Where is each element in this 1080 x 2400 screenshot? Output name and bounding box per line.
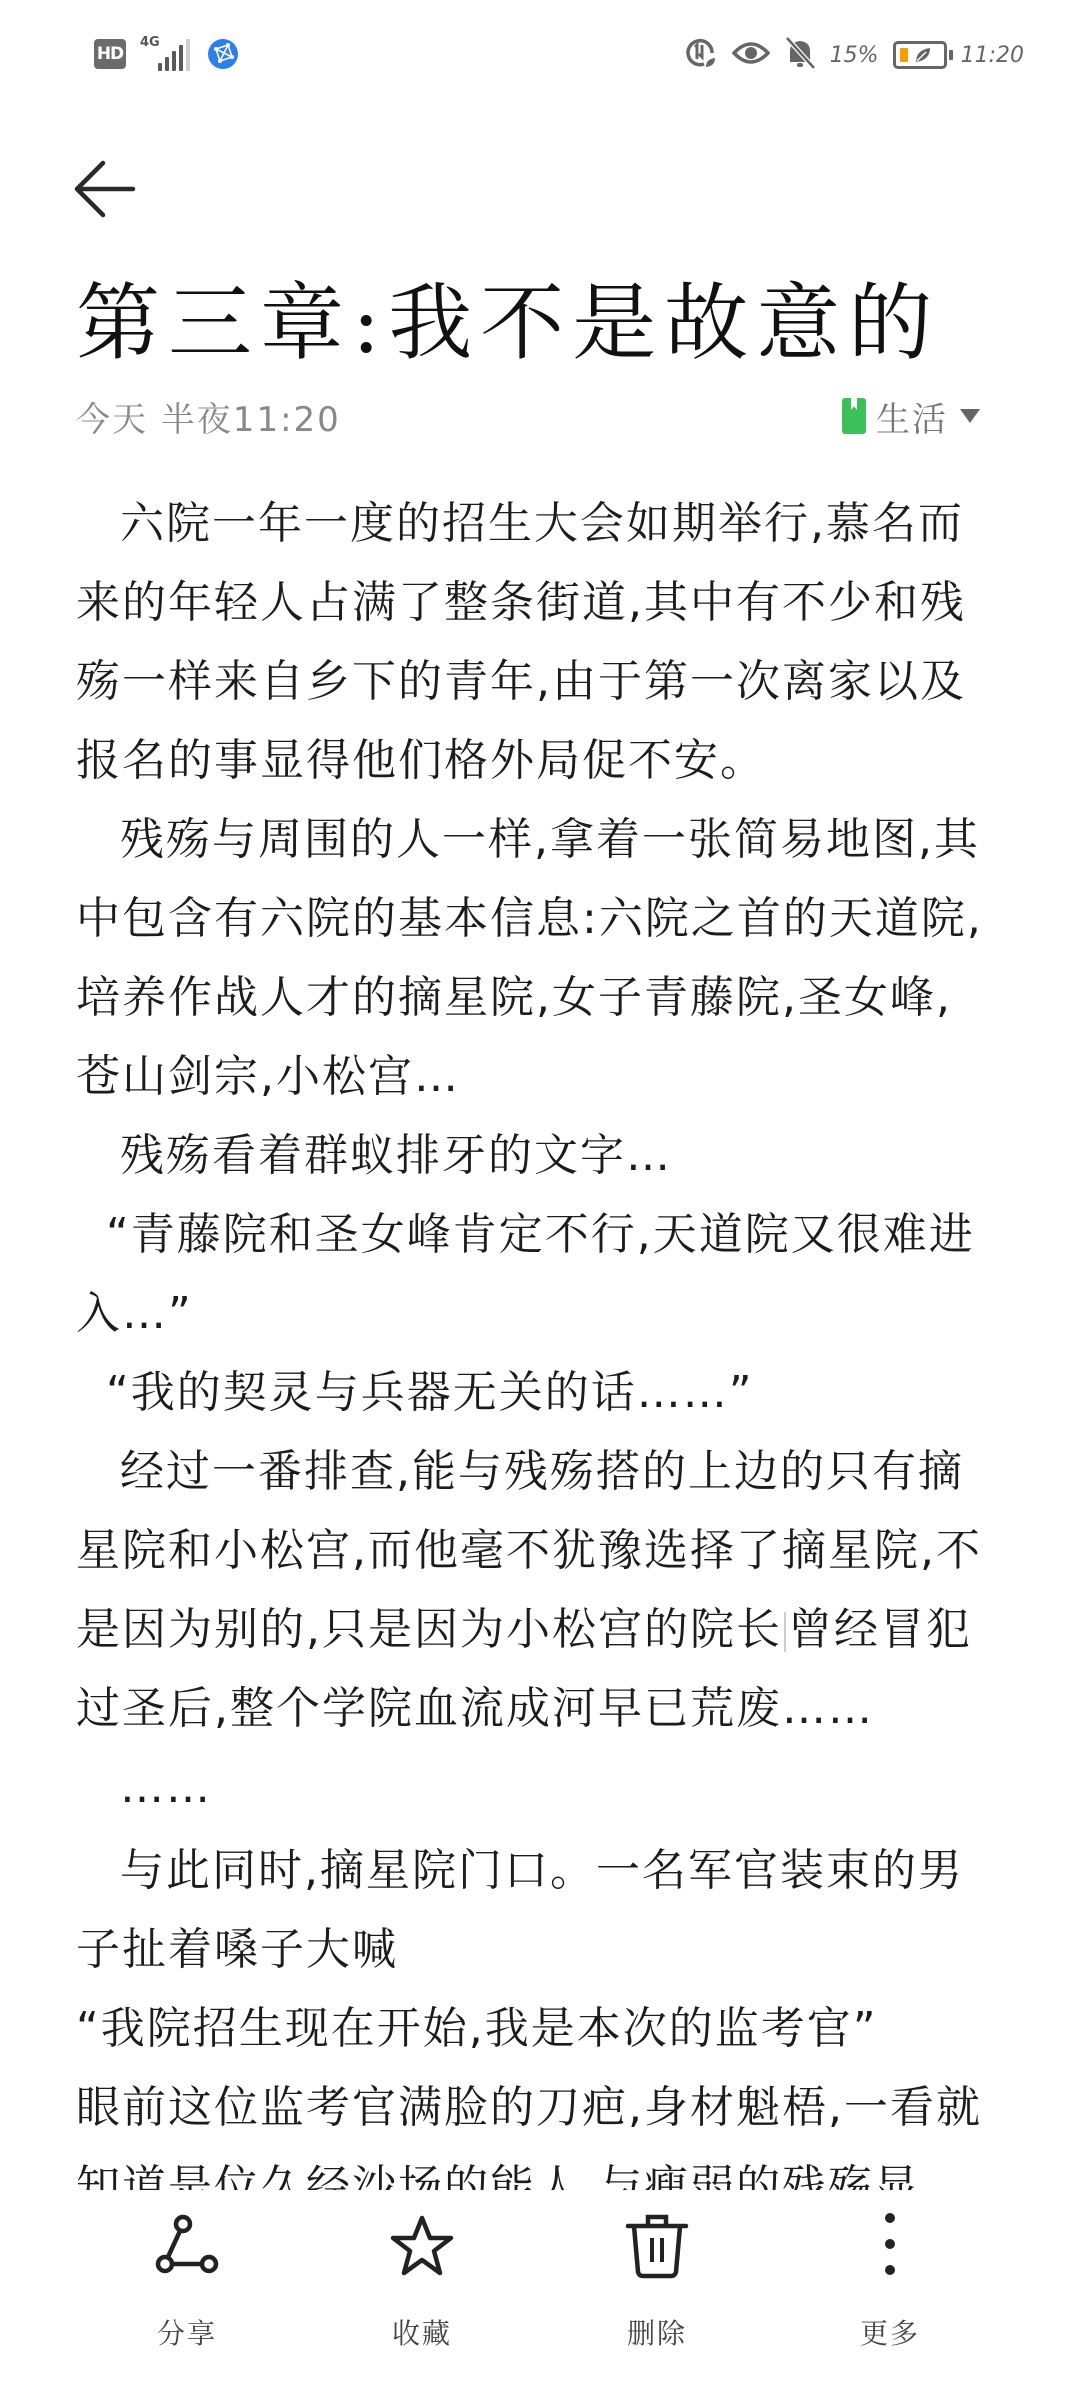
favorite-label: 收藏	[392, 2312, 452, 2352]
category-selector[interactable]: 生活	[842, 392, 980, 441]
paragraph: “青藤院和圣女峰肯定不行,天道院又很难进入…”	[76, 1195, 996, 1353]
share-icon	[151, 2210, 223, 2282]
share-label: 分享	[157, 2312, 217, 2352]
paragraph: “我院招生现在开始,我是本次的监考官”	[76, 1989, 996, 2068]
paragraph: ……	[76, 1748, 996, 1827]
caret-down-icon	[960, 409, 980, 423]
status-left: HD 4G	[94, 36, 238, 72]
back-button[interactable]	[70, 158, 140, 224]
paragraph: “我的契灵与兵器无关的话……”	[76, 1353, 996, 1432]
share-button[interactable]: 分享	[107, 2210, 267, 2360]
more-vertical-icon	[854, 2210, 926, 2282]
bottom-toolbar: 分享 收藏 删除 更多	[0, 2190, 1080, 2400]
browser-globe-icon	[208, 39, 238, 69]
battery-icon	[893, 41, 947, 69]
star-icon	[386, 2210, 458, 2282]
paragraph: 残殇与周围的人一样,拿着一张简易地图,其中包含有六院的基本信息:六院之首的天道院…	[76, 800, 996, 1116]
clock: 11:20	[961, 43, 1024, 68]
status-right: 15% 11:20	[682, 36, 1024, 74]
text-cursor	[784, 1612, 786, 1652]
more-label: 更多	[860, 2312, 920, 2352]
paragraph-with-cursor: 经过一番排查,能与残殇搭的上边的只有摘星院和小松宫,而他毫不犹豫选择了摘星院,不…	[76, 1432, 996, 1748]
category-label: 生活	[876, 392, 948, 441]
paragraph: 残殇看着群蚁排牙的文字…	[76, 1116, 996, 1195]
hd-icon: HD	[94, 39, 126, 69]
network-type: 4G	[140, 35, 160, 50]
arrow-left-icon	[73, 159, 137, 223]
data-saver-icon	[682, 35, 718, 75]
paragraph: 六院一年一度的招生大会如期举行,慕名而来的年轻人占满了整条街道,其中有不少和残殇…	[76, 484, 996, 800]
4g-signal-icon: 4G	[140, 37, 194, 71]
note-meta: 今天 半夜11:20 生活	[76, 392, 980, 440]
note-title[interactable]: 第三章:我不是故意的	[76, 268, 940, 378]
note-body-editor[interactable]: 六院一年一度的招生大会如期举行,慕名而来的年轻人占满了整条街道,其中有不少和残殇…	[76, 484, 996, 2226]
mute-bell-icon	[784, 36, 816, 74]
note-date: 今天 半夜11:20	[76, 392, 341, 441]
delete-label: 删除	[627, 2312, 687, 2352]
more-button[interactable]: 更多	[810, 2210, 970, 2360]
status-bar: HD 4G	[0, 0, 1080, 110]
paragraph: 与此同时,摘星院门口。一名军官装束的男子扯着嗓子大喊	[76, 1831, 996, 1989]
battery-percent: 15%	[830, 43, 879, 68]
eye-comfort-icon	[732, 38, 770, 72]
delete-button[interactable]: 删除	[577, 2210, 737, 2360]
notebook-icon	[842, 398, 866, 434]
trash-icon	[621, 2210, 693, 2282]
favorite-button[interactable]: 收藏	[342, 2210, 502, 2360]
